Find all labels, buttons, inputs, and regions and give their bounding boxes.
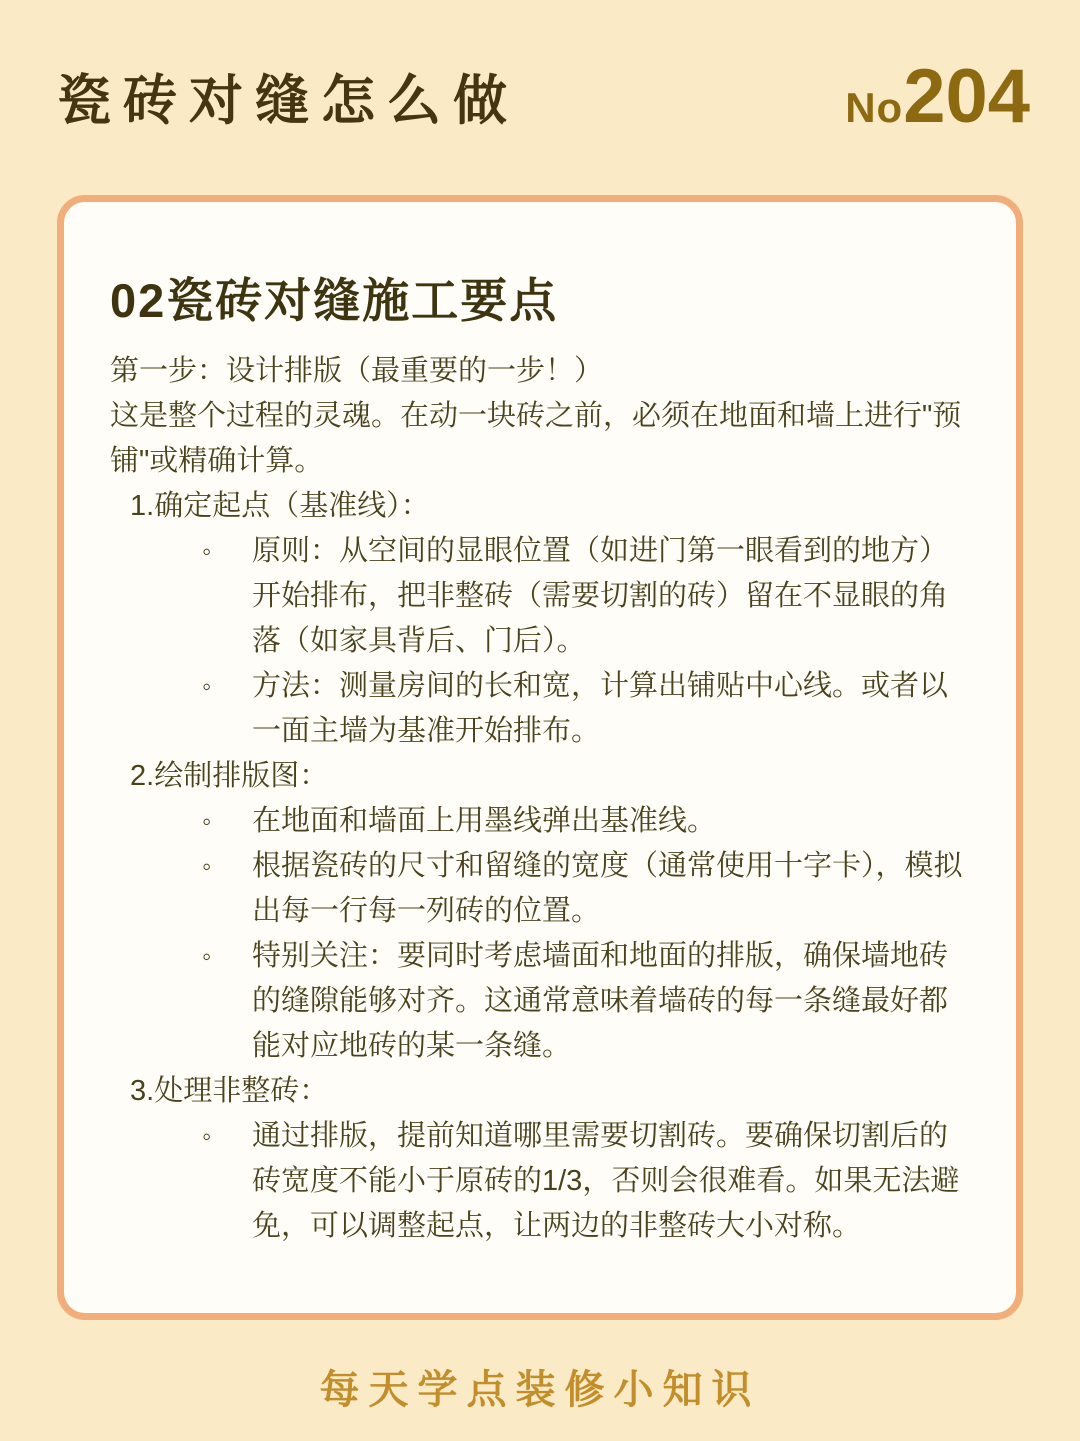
page-title: 瓷砖对缝怎么做 xyxy=(57,58,519,135)
item-title: 确定起点（基准线）： xyxy=(154,484,430,529)
numbered-item-2: 2.绘制排版图： ◦ 在地面和墙面上用墨线弹出基准线。 ◦ 根据瓷砖的尺寸和留缝… xyxy=(130,754,972,1069)
bullet-text: 方法：测量房间的长和宽，计算出铺贴中心线。或者以一面主墙为基准开始排布。 xyxy=(252,664,972,754)
issue-number: No204 xyxy=(845,53,1030,140)
numbered-item-3: 3.处理非整砖： ◦ 通过排版，提前知道哪里需要切割砖。要确保切割后的砖宽度不能… xyxy=(130,1069,972,1249)
bullet-text: 原则：从空间的显眼位置（如进门第一眼看到的地方）开始排布，把非整砖（需要切割的砖… xyxy=(252,529,972,664)
footer-tagline: 每天学点装修小知识 xyxy=(320,1368,761,1412)
bullet-text: 通过排版，提前知道哪里需要切割砖。要确保切割后的砖宽度不能小于原砖的1/3，否则… xyxy=(252,1114,972,1249)
hollow-circle-bullet-icon: ◦ xyxy=(202,664,252,754)
numbered-item-title: 1.确定起点（基准线）： xyxy=(130,484,972,529)
bullet-text: 根据瓷砖的尺寸和留缝的宽度（通常使用十字卡），模拟出每一行每一列砖的位置。 xyxy=(252,844,972,934)
numbered-item-title: 3.处理非整砖： xyxy=(130,1069,972,1114)
hollow-circle-bullet-icon: ◦ xyxy=(202,799,252,844)
issue-prefix: No xyxy=(845,84,903,132)
content-card: 02瓷砖对缝施工要点 第一步：设计排版（最重要的一步！） 这是整个过程的灵魂。在… xyxy=(57,195,1023,1320)
hollow-circle-bullet-icon: ◦ xyxy=(202,934,252,1069)
bullet-item: ◦ 原则：从空间的显眼位置（如进门第一眼看到的地方）开始排布，把非整砖（需要切割… xyxy=(202,529,972,664)
card-heading: 02瓷砖对缝施工要点 xyxy=(110,264,972,331)
footer: 每天学点装修小知识 xyxy=(0,1358,1080,1415)
item-number: 2. xyxy=(130,754,154,799)
bullet-item: ◦ 方法：测量房间的长和宽，计算出铺贴中心线。或者以一面主墙为基准开始排布。 xyxy=(202,664,972,754)
bullet-item: ◦ 特别关注：要同时考虑墙面和地面的排版，确保墙地砖的缝隙能够对齐。这通常意味着… xyxy=(202,934,972,1069)
hollow-circle-bullet-icon: ◦ xyxy=(202,529,252,664)
item-number: 3. xyxy=(130,1069,154,1114)
header: 瓷砖对缝怎么做 No204 xyxy=(57,0,1030,192)
bullet-item: ◦ 在地面和墙面上用墨线弹出基准线。 xyxy=(202,799,972,844)
item-title: 绘制排版图： xyxy=(154,754,328,799)
infographic-page: 瓷砖对缝怎么做 No204 02瓷砖对缝施工要点 第一步：设计排版（最重要的一步… xyxy=(0,0,1080,1441)
intro-paragraph: 这是整个过程的灵魂。在动一块砖之前，必须在地面和墙上进行"预铺"或精确计算。 xyxy=(110,394,972,484)
item-number: 1. xyxy=(130,484,154,529)
bullet-item: ◦ 根据瓷砖的尺寸和留缝的宽度（通常使用十字卡），模拟出每一行每一列砖的位置。 xyxy=(202,844,972,934)
item-title: 处理非整砖： xyxy=(154,1069,328,1114)
bullet-item: ◦ 通过排版，提前知道哪里需要切割砖。要确保切割后的砖宽度不能小于原砖的1/3，… xyxy=(202,1114,972,1249)
bullet-text: 特别关注：要同时考虑墙面和地面的排版，确保墙地砖的缝隙能够对齐。这通常意味着墙砖… xyxy=(252,934,972,1069)
bullet-text: 在地面和墙面上用墨线弹出基准线。 xyxy=(252,799,972,844)
issue-value: 204 xyxy=(903,53,1030,140)
step-title: 第一步：设计排版（最重要的一步！） xyxy=(110,349,972,394)
numbered-item-title: 2.绘制排版图： xyxy=(130,754,972,799)
hollow-circle-bullet-icon: ◦ xyxy=(202,1114,252,1249)
numbered-item-1: 1.确定起点（基准线）： ◦ 原则：从空间的显眼位置（如进门第一眼看到的地方）开… xyxy=(130,484,972,754)
hollow-circle-bullet-icon: ◦ xyxy=(202,844,252,934)
